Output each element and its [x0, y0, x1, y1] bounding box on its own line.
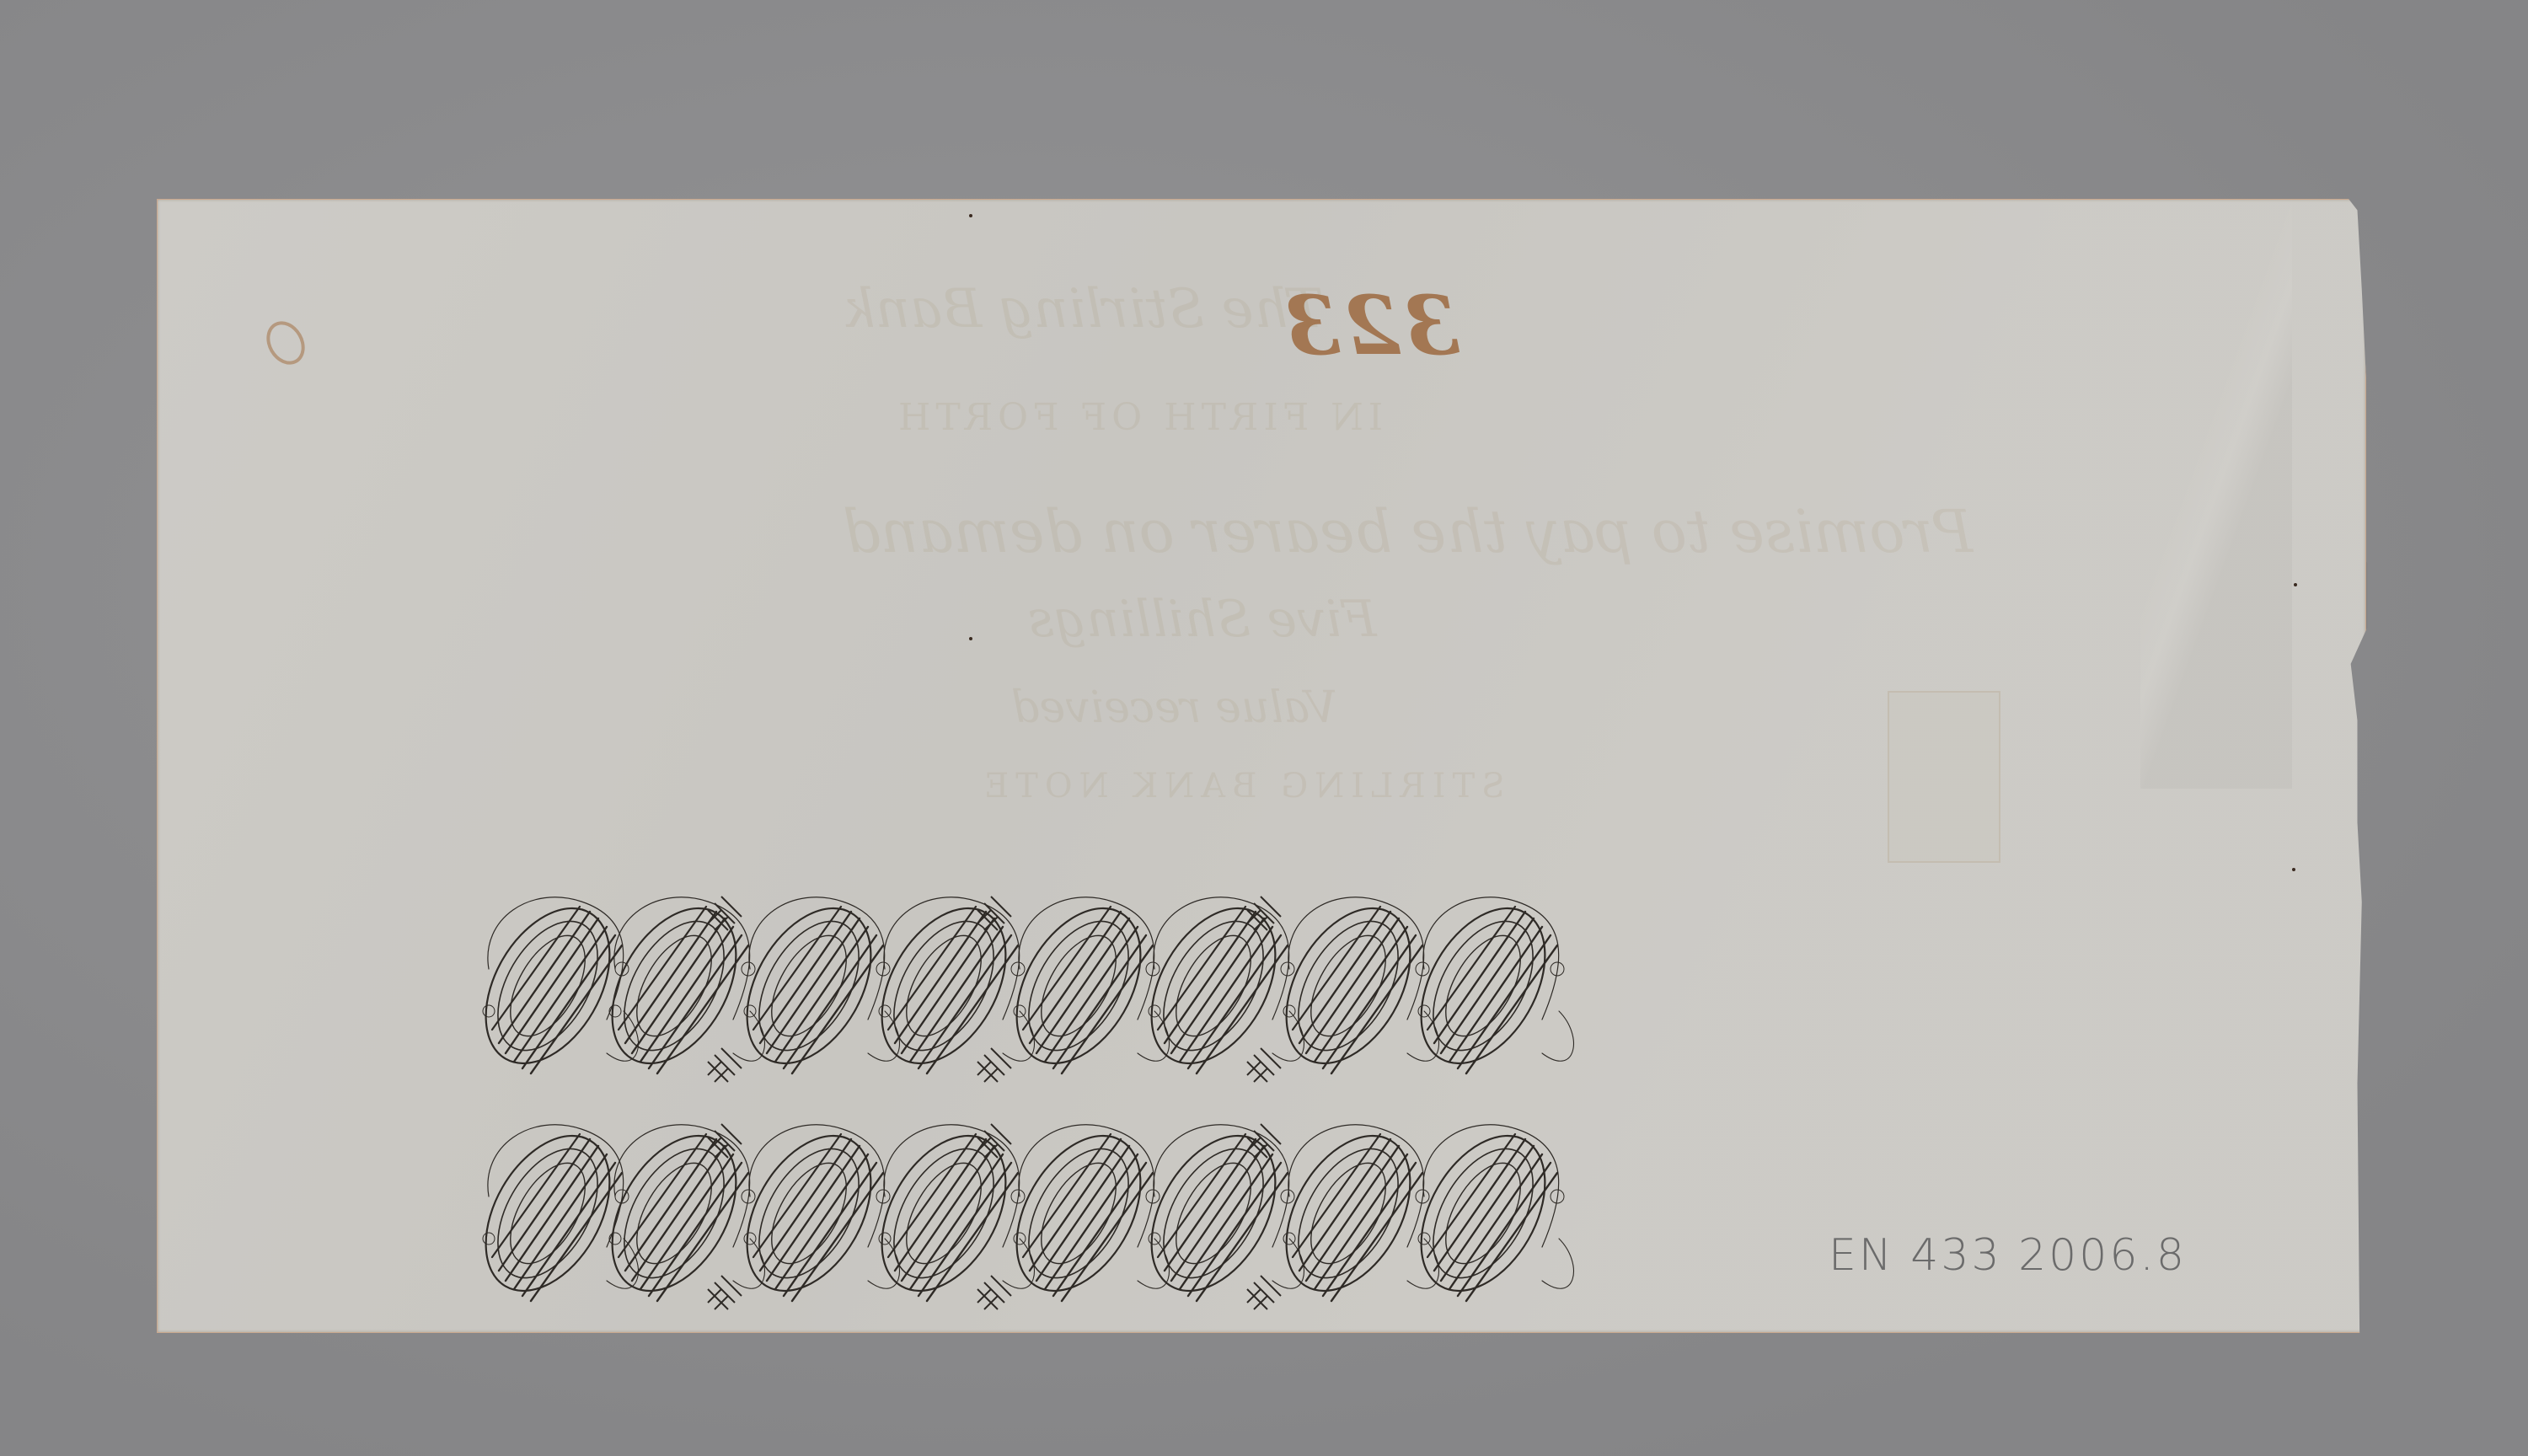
ink-speck [969, 214, 972, 217]
showthrough-line-2: IN FIRTH OF FORTH [893, 396, 1383, 439]
ink-speck [2292, 868, 2295, 871]
showthrough-line-1: The Stirling Bank [843, 278, 1324, 340]
faint-stamp-box [1888, 691, 2000, 863]
ink-speck [2294, 583, 2297, 586]
showthrough-line-3: Promise to pay the bearer on demand [843, 497, 1973, 566]
ink-speck [969, 637, 972, 640]
calligraphic-ornament [472, 876, 1576, 1331]
showthrough-line-6: STIRLING BANK NOTE [977, 767, 1505, 806]
showthrough-line-4: Five Shillings [1028, 590, 1377, 649]
showthrough-line-5: Value received [1011, 682, 1337, 733]
catalog-number: EN 433 2006.8 [1829, 1230, 2187, 1281]
serial-number: 323 [1281, 278, 1459, 373]
